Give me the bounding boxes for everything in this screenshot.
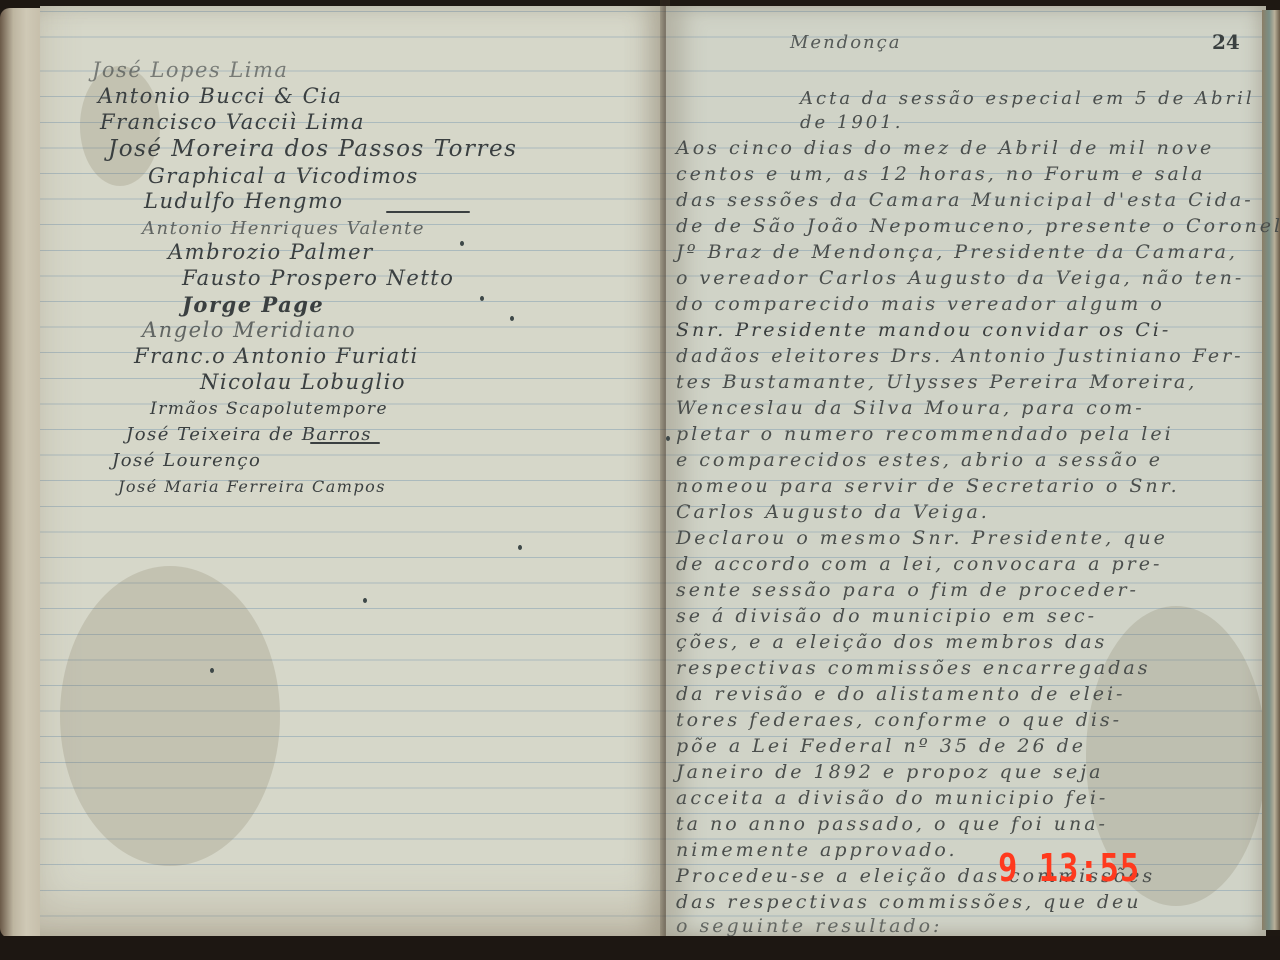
text-line: acceita a divisão do municipio fei- bbox=[676, 786, 1108, 812]
signature: José Maria Ferreira Campos bbox=[118, 474, 386, 500]
signature: José Teixeira de Barros bbox=[126, 422, 372, 448]
signature: Irmãos Scapolutempore bbox=[150, 397, 388, 423]
signature-underline bbox=[386, 211, 470, 213]
signature-underline bbox=[310, 442, 380, 444]
text-line: põe a Lei Federal nº 35 de 26 de bbox=[676, 734, 1086, 760]
text-line: da revisão e do alistamento de elei- bbox=[676, 682, 1125, 708]
signature: Ludulfo Hengmo bbox=[144, 189, 344, 215]
ink-speck bbox=[510, 316, 514, 321]
minutes-title: de 1901. bbox=[800, 110, 903, 136]
text-line: tores federaes, conforme o que dis- bbox=[676, 708, 1122, 734]
text-line: centos e um, as 12 horas, no Forum e sal… bbox=[676, 162, 1205, 188]
text-line: se á divisão do municipio em sec- bbox=[676, 604, 1097, 630]
text-line: o vereador Carlos Augusto da Veiga, não … bbox=[676, 266, 1244, 292]
ink-speck bbox=[666, 436, 670, 441]
text-line: Jº Braz de Mendonça, Presidente da Camar… bbox=[676, 240, 1238, 266]
text-line: e comparecidos estes, abrio a sessão e bbox=[676, 448, 1163, 474]
camera-timestamp-overlay: 9 13:55 bbox=[998, 846, 1140, 890]
book-bottom-edge bbox=[0, 936, 1280, 960]
signature: José Lopes Lima bbox=[92, 58, 288, 84]
text-line: Wenceslau da Silva Moura, para com- bbox=[676, 396, 1145, 422]
signature: Fausto Prospero Netto bbox=[182, 266, 454, 292]
signature: Nicolau Lobuglio bbox=[200, 370, 406, 396]
text-line: Carlos Augusto da Veiga. bbox=[676, 500, 990, 526]
signature: Angelo Meridiano bbox=[142, 318, 356, 344]
signature: Antonio Henriques Valente bbox=[142, 216, 425, 242]
text-line: ta no anno passado, o que foi una- bbox=[676, 812, 1108, 838]
ink-speck bbox=[518, 545, 522, 550]
text-line: nomeou para servir de Secretario o Snr. bbox=[676, 474, 1180, 500]
ink-speck bbox=[480, 296, 484, 301]
text-line: Aos cinco dias do mez de Abril de mil no… bbox=[676, 136, 1214, 162]
text-line: Declarou o mesmo Snr. Presidente, que bbox=[676, 526, 1168, 552]
text-line: de de São João Nepomuceno, presente o Co… bbox=[676, 214, 1280, 240]
text-line: Snr. Presidente mandou convidar os Ci- bbox=[676, 318, 1171, 344]
page-header: Mendonça bbox=[790, 32, 901, 53]
text-line: nimemente approvado. bbox=[676, 838, 958, 864]
text-line: Janeiro de 1892 e propoz que seja bbox=[676, 760, 1103, 786]
left-page-stack bbox=[0, 8, 44, 938]
ink-speck bbox=[460, 241, 464, 246]
signature: Jorge Page bbox=[182, 292, 324, 318]
signature: Francisco Vacciì Lima bbox=[100, 110, 365, 136]
text-line: tes Bustamante, Ulysses Pereira Moreira, bbox=[676, 370, 1197, 396]
ink-speck bbox=[210, 668, 214, 673]
signature: Franc.o Antonio Furiati bbox=[134, 344, 419, 370]
text-line: sente sessão para o fim de proceder- bbox=[676, 578, 1139, 604]
text-line: do comparecido mais vereador algum o bbox=[676, 292, 1165, 318]
text-line: das sessões da Camara Municipal d'esta C… bbox=[676, 188, 1254, 214]
stain bbox=[60, 566, 280, 866]
page-number: 24 bbox=[1212, 30, 1240, 54]
text-line: de accordo com a lei, convocara a pre- bbox=[676, 552, 1162, 578]
signature: Graphical a Vicodimos bbox=[148, 164, 419, 190]
text-line: respectivas commissões encarregadas bbox=[676, 656, 1150, 682]
text-line: pletar o numero recommendado pela lei bbox=[676, 422, 1174, 448]
signature: Antonio Bucci & Cia bbox=[98, 84, 342, 110]
signature: José Moreira dos Passos Torres bbox=[108, 137, 517, 163]
ink-speck bbox=[363, 598, 367, 603]
signature: Ambrozio Palmer bbox=[168, 240, 374, 266]
right-cover-edge bbox=[1262, 10, 1280, 930]
text-line: dadãos eleitores Drs. Antonio Justiniano… bbox=[676, 344, 1244, 370]
text-line: ções, e a eleição dos membros das bbox=[676, 630, 1107, 656]
open-book: José Lopes Lima Antonio Bucci & Cia Fran… bbox=[0, 0, 1280, 960]
signature: José Lourenço bbox=[112, 448, 261, 474]
minutes-title: Acta da sessão especial em 5 de Abril bbox=[800, 86, 1255, 112]
text-line: das respectivas commissões, que deu bbox=[676, 890, 1142, 916]
